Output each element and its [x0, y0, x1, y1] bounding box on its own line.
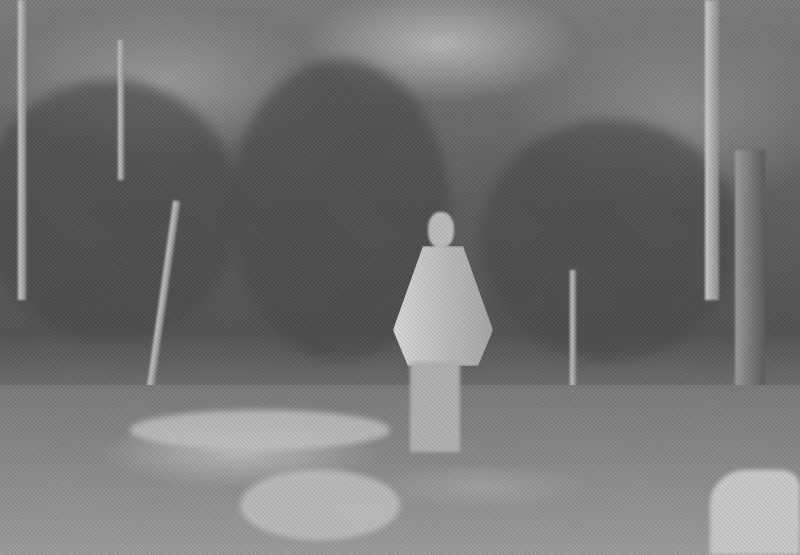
garden-photograph	[0, 0, 800, 555]
halftone-texture	[0, 0, 800, 555]
